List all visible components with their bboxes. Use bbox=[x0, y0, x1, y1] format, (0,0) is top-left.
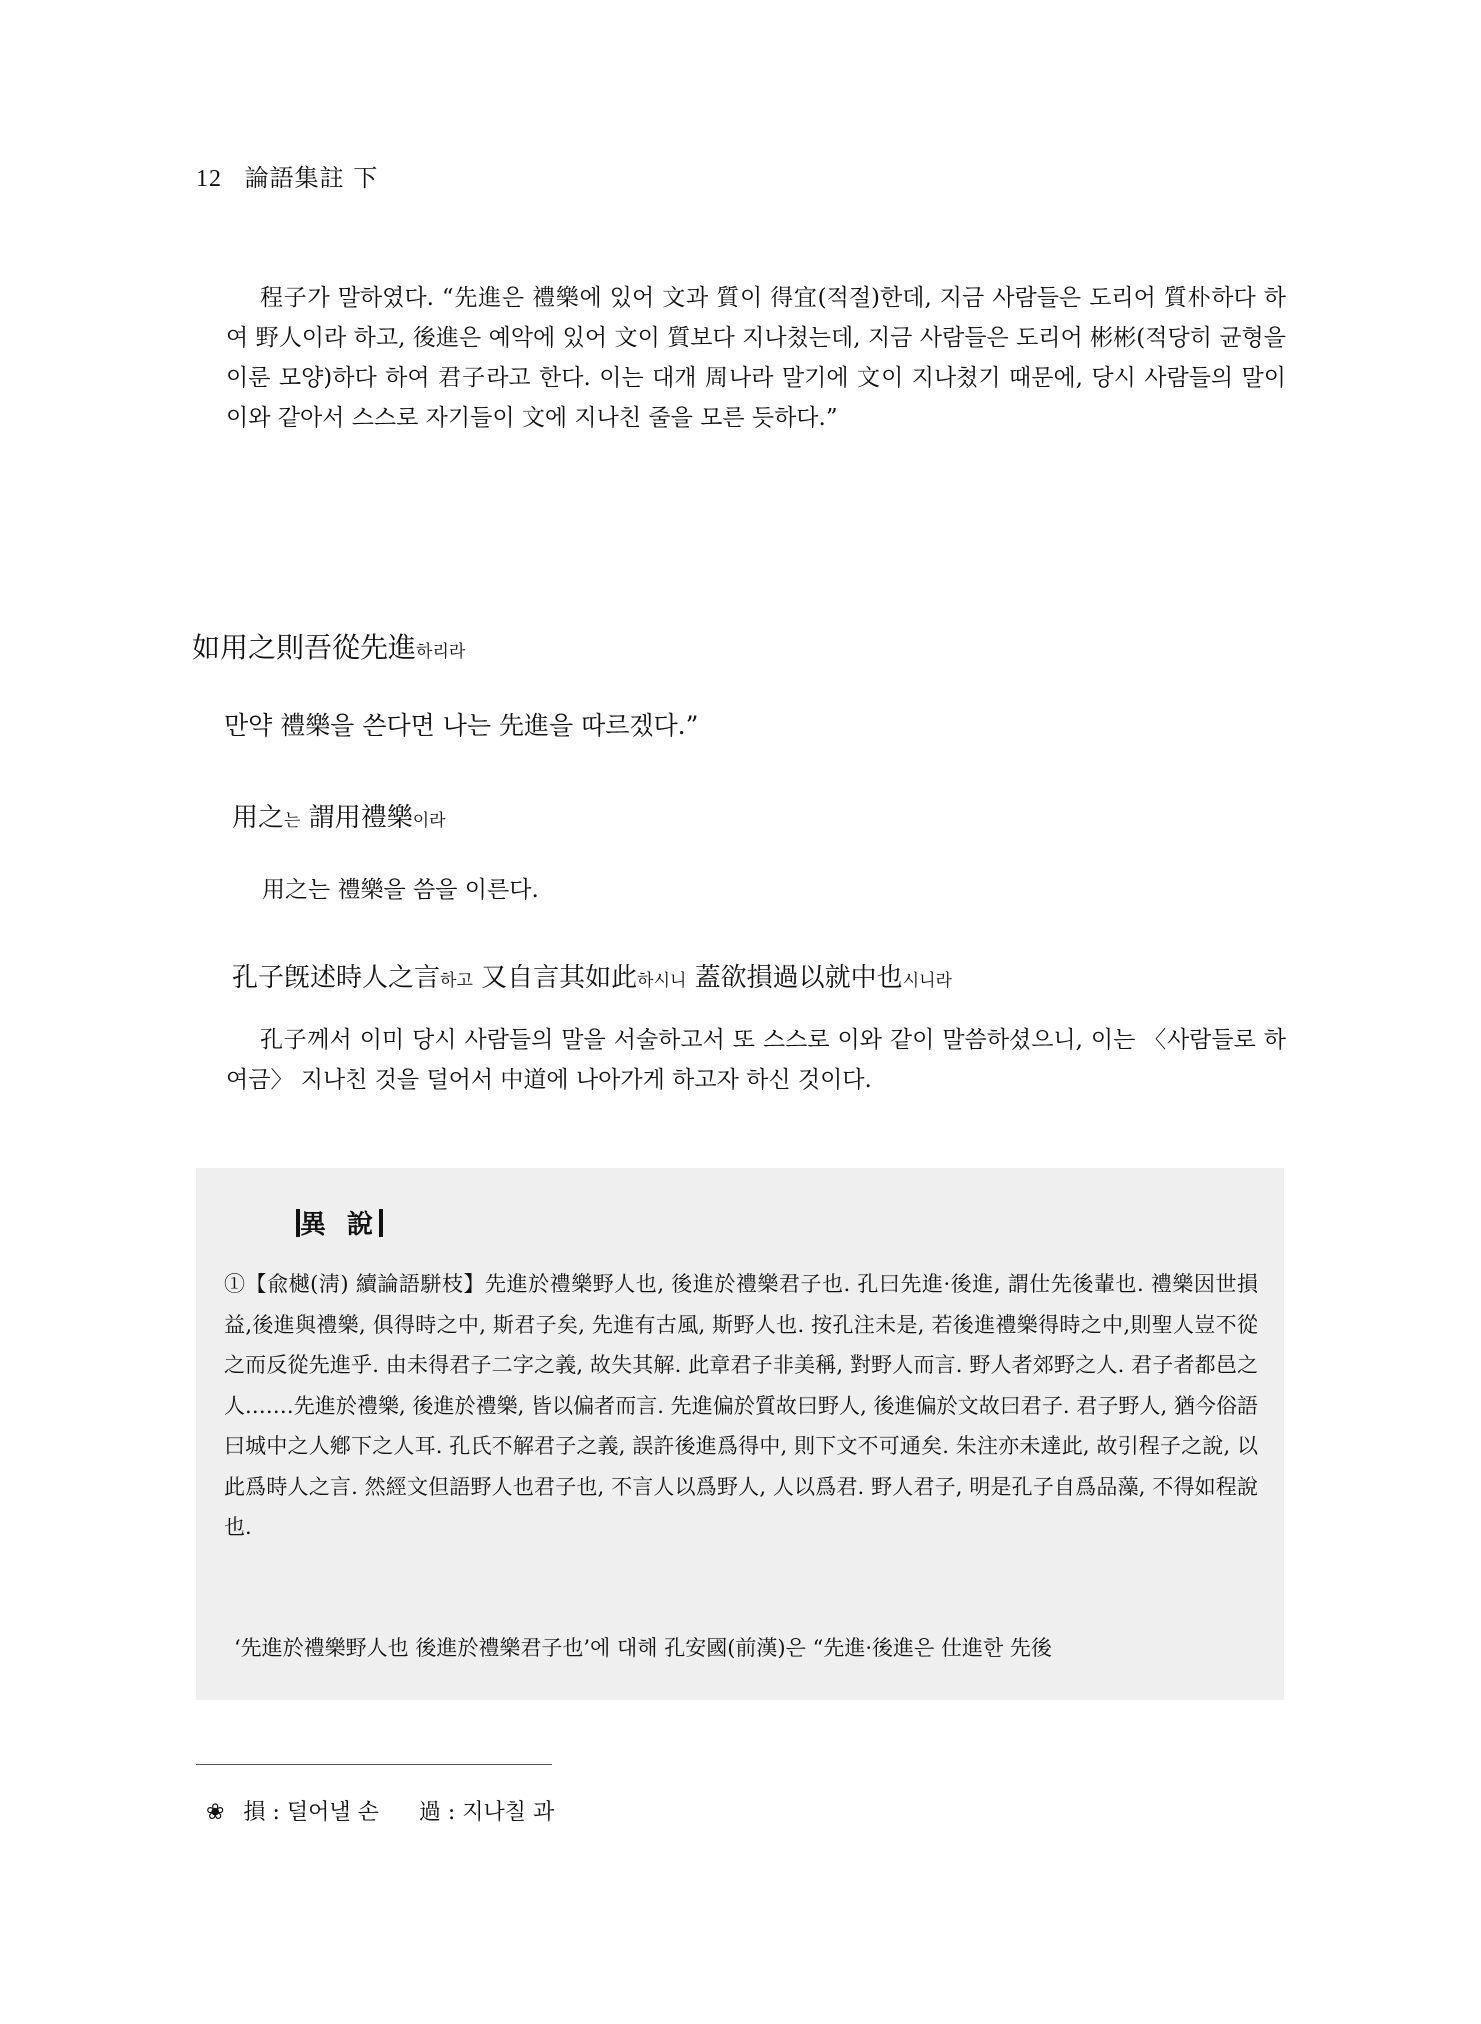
classical-text: 蓋欲損過以就中也 bbox=[686, 963, 902, 993]
variant-box-text: ①【兪樾(淸) 續論語駢枝】先進於禮樂野人也, 後進於禮樂君子也. 孔曰先進·後… bbox=[224, 1264, 1258, 1548]
translation-1: 만약 禮樂을 쓴다면 나는 先進을 따르겠다.” bbox=[224, 706, 698, 746]
footnote-char-2: 過 bbox=[419, 1800, 441, 1825]
source-text-3: 孔子旣述時人之言하고 又自言其如此하시니 蓋欲損過以就中也시니라 bbox=[232, 958, 952, 1001]
title-bar-right bbox=[379, 1209, 383, 1237]
translation-2: 用之는 禮樂을 씀을 이른다. bbox=[262, 870, 539, 910]
footnote: ❀ 損 : 덜어낼 손 過 : 지나칠 과 bbox=[206, 1798, 554, 1828]
footnote-divider bbox=[196, 1764, 552, 1765]
classical-text: 孔子旣述時人之言 bbox=[232, 963, 440, 993]
korean-particle: 이라 bbox=[413, 811, 446, 831]
source-text-1: 如用之則吾從先進하리라 bbox=[192, 628, 465, 672]
flower-icon: ❀ bbox=[206, 1800, 224, 1825]
page-number: 12 bbox=[196, 166, 222, 192]
korean-particle: 시니라 bbox=[903, 971, 952, 991]
korean-particle: 하리라 bbox=[416, 642, 465, 662]
book-title: 論語集註 下 bbox=[245, 164, 379, 192]
commentary-paragraph-2: 孔子께서 이미 당시 사람들의 말을 서술하고서 또 스스로 이와 같이 말씀하… bbox=[226, 1020, 1286, 1100]
footnote-gloss-1: 덜어낼 손 bbox=[287, 1800, 379, 1825]
classical-text: 謂用禮樂 bbox=[300, 803, 412, 833]
korean-particle: 하고 bbox=[440, 971, 473, 991]
footnote-gloss-2: 지나칠 과 bbox=[462, 1800, 554, 1825]
classical-text: 用之 bbox=[232, 803, 284, 833]
source-text-2: 用之는 謂用禮樂이라 bbox=[232, 798, 446, 841]
classical-text: 如用之則吾從先進 bbox=[192, 631, 416, 664]
variant-box-text-2: ‘先進於禮樂野人也 後進於禮樂君子也’에 대해 孔安國(前漢)은 “先進·後進은… bbox=[224, 1628, 1258, 1668]
korean-particle: 하시니 bbox=[637, 971, 686, 991]
korean-particle: 는 bbox=[284, 811, 300, 831]
commentary-paragraph-1: 程子가 말하였다. “先進은 禮樂에 있어 文과 質이 得宜(적절)한데, 지금… bbox=[226, 278, 1286, 438]
footnote-char-1: 損 bbox=[243, 1800, 265, 1825]
running-head: 12 論語集註 下 bbox=[196, 158, 378, 193]
variant-box-title: 異 說 bbox=[296, 1204, 383, 1241]
classical-text: 又自言其如此 bbox=[473, 963, 637, 993]
